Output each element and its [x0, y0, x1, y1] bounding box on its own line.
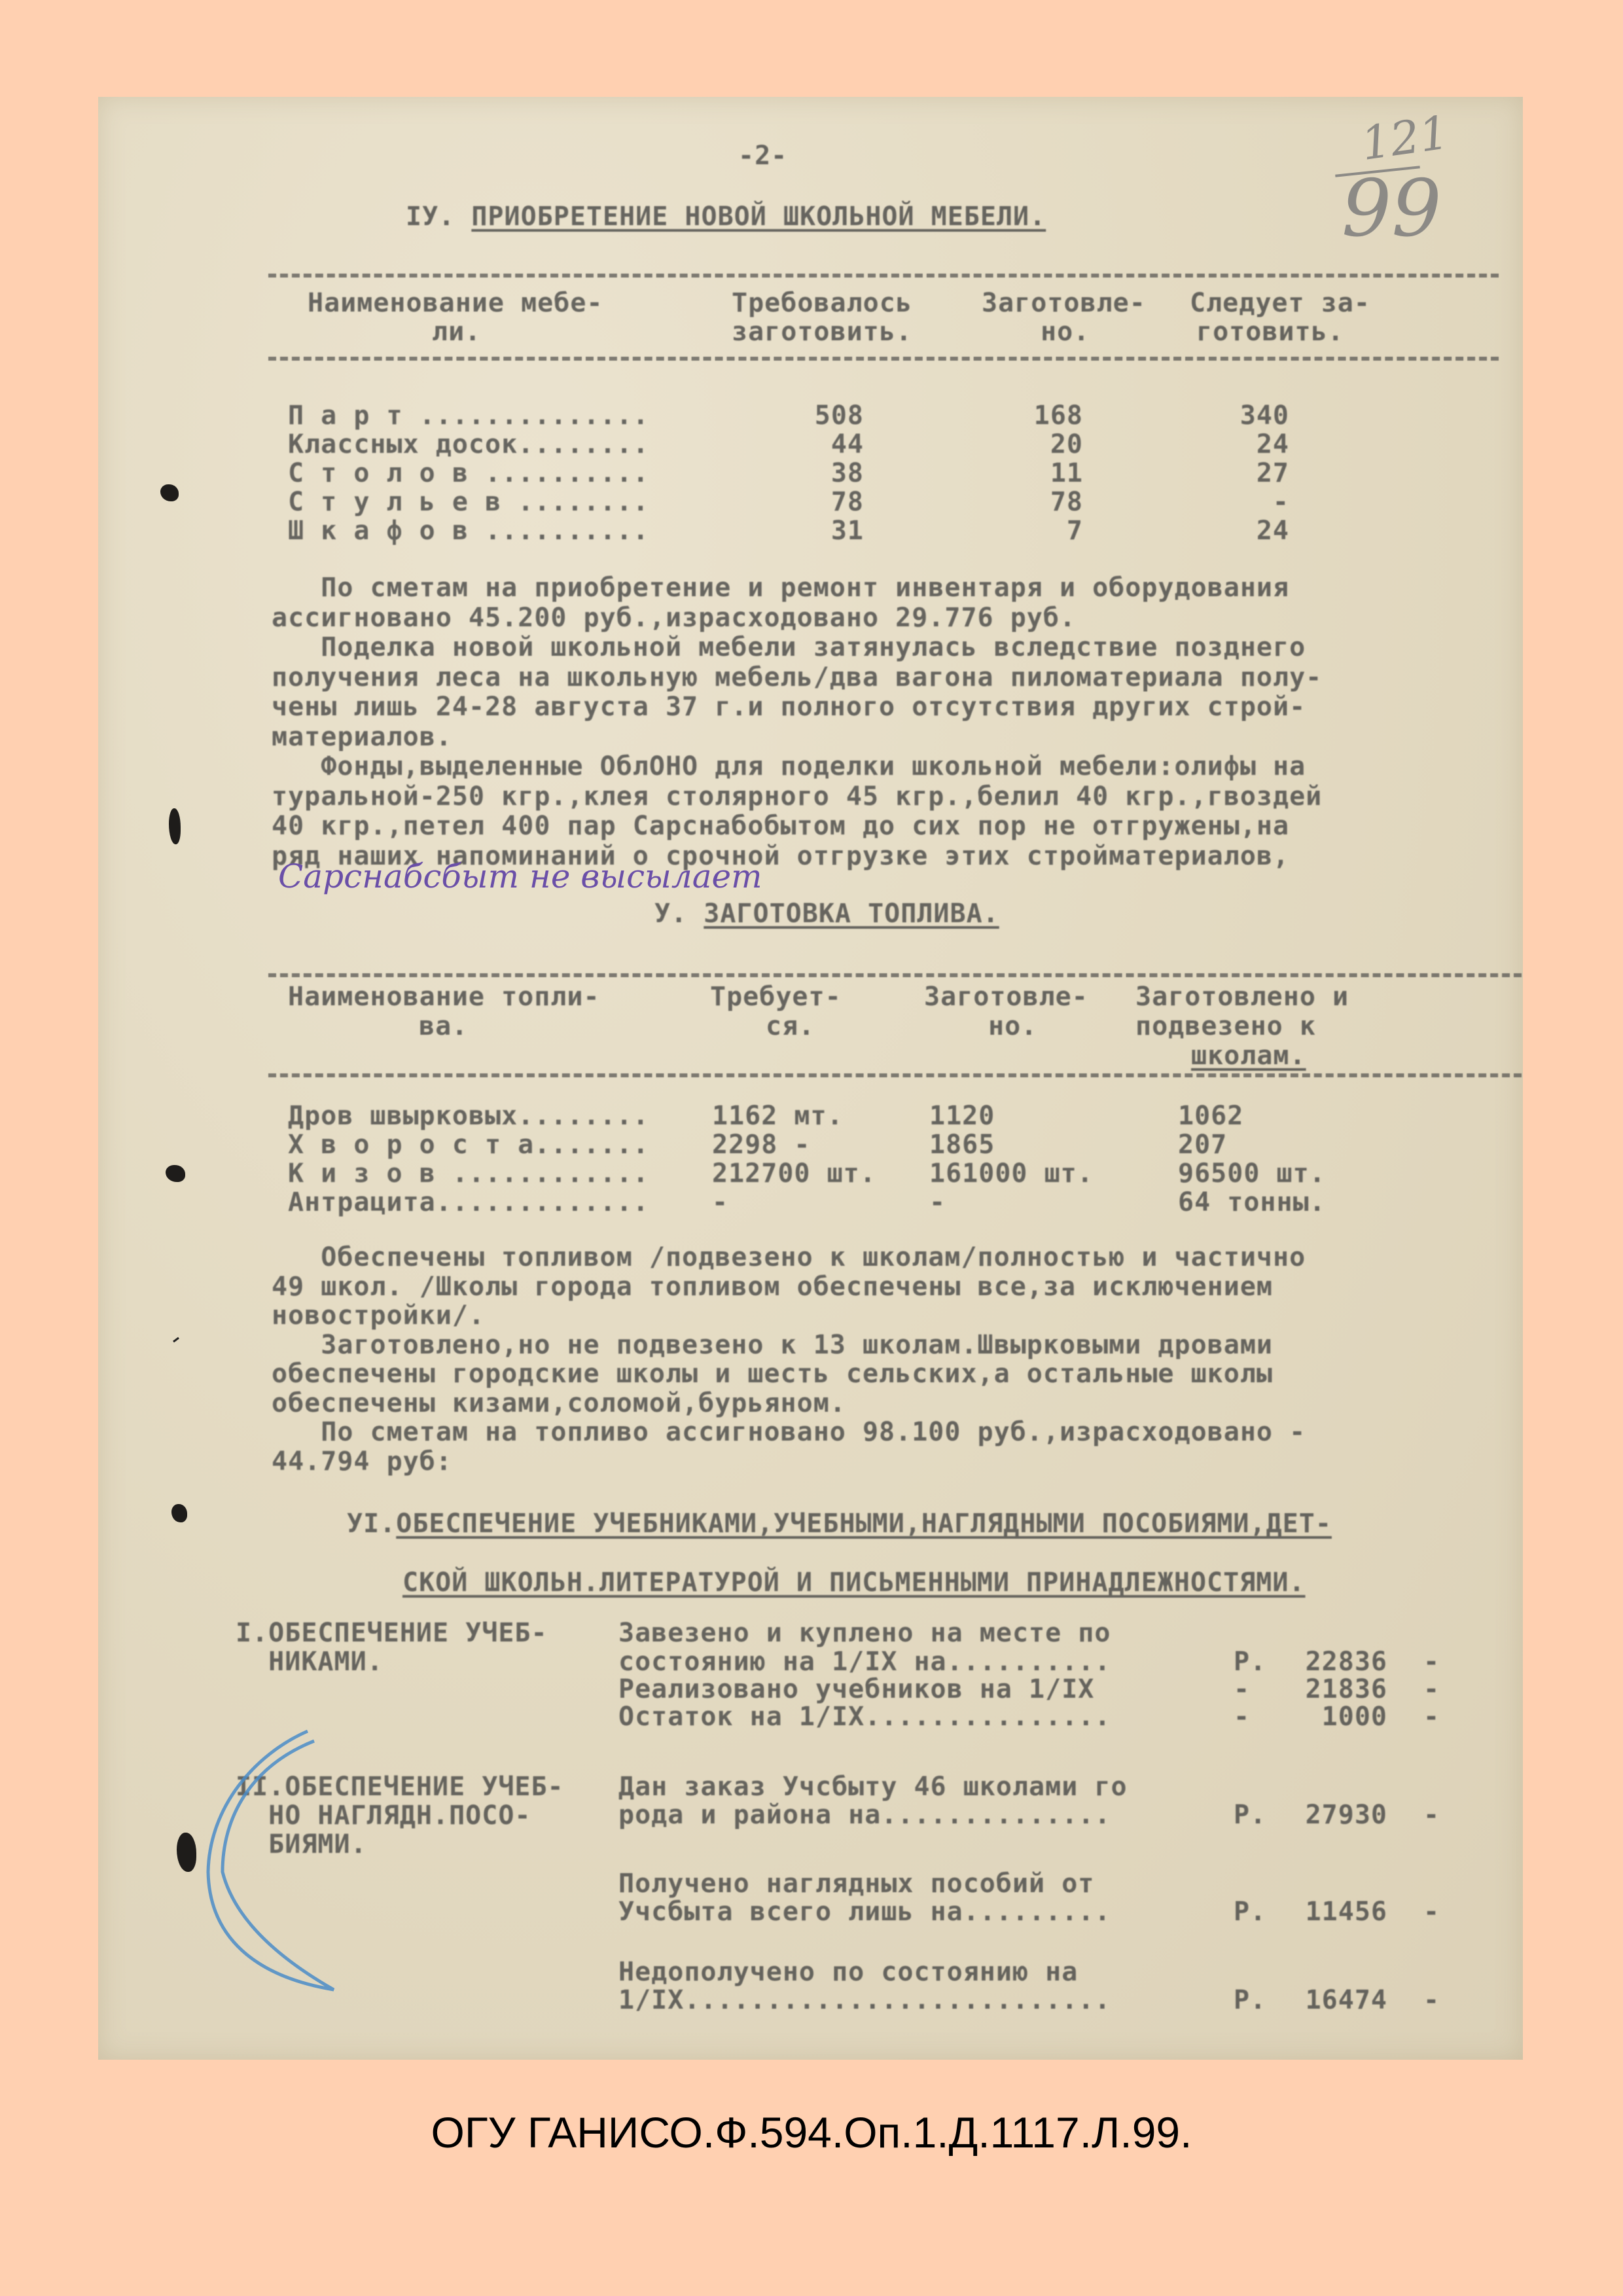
margin-marks [0, 0, 1623, 2296]
punch-hole-mark [171, 1504, 187, 1522]
punch-hole-mark [169, 808, 181, 844]
punch-hole-mark [160, 484, 179, 501]
archive-reference-caption: ОГУ ГАНИСО.Ф.594.Оп.1.Д.1117.Л.99. [0, 2108, 1623, 2157]
